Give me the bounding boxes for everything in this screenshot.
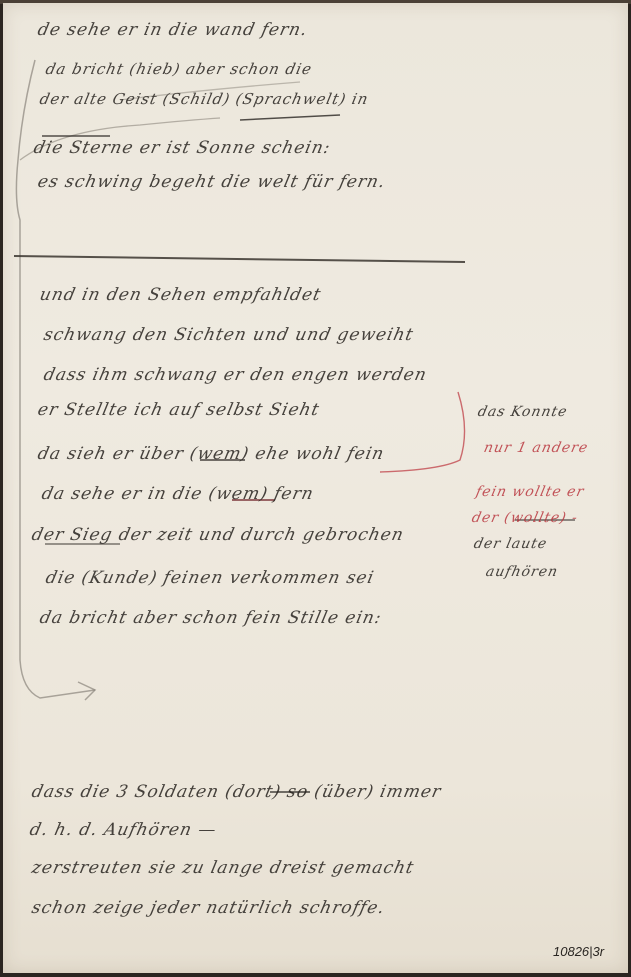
manuscript-line: dass die 3 Soldaten (dort) so (über) imm… <box>30 782 443 802</box>
manuscript-line: die (Kunde) feinen verkommen sei <box>44 568 376 588</box>
margin-note-line: fein wollte er <box>474 484 586 500</box>
catalog-number: 10826|3r <box>553 944 604 959</box>
manuscript-line: dass ihm schwang er den engen werden <box>42 365 429 385</box>
manuscript-line: de sehe er in die wand fern. <box>36 20 310 40</box>
manuscript-line: die Sterne er ist Sonne schein: <box>32 138 333 158</box>
margin-note-line: das Konnte <box>476 404 569 420</box>
manuscript-line: da sieh er über (wem) ehe wohl fein <box>36 444 386 464</box>
manuscript-line: da bricht (hieb) aber schon die <box>44 60 314 78</box>
manuscript-line: der alte Geist (Schild) (Sprachwelt) in <box>38 90 370 108</box>
manuscript-line: und in den Sehen empfahldet <box>38 285 323 305</box>
manuscript-line: da bricht aber schon fein Stille ein: <box>38 608 384 628</box>
margin-note-line: aufhören <box>484 564 559 580</box>
manuscript-line: zerstreuten sie zu lange dreist gemacht <box>30 858 416 878</box>
section-divider <box>14 256 465 262</box>
manuscript-line: er Stellte ich auf selbst Sieht <box>36 400 322 420</box>
manuscript-line: es schwing begeht die welt für fern. <box>36 172 388 192</box>
manuscript-line: schwang den Sichten und und geweiht <box>42 325 416 345</box>
manuscript-line: d. h. d. Aufhören — <box>28 820 219 840</box>
manuscript-line: der Sieg der zeit und durch gebrochen <box>30 525 406 545</box>
red-bracket <box>380 392 465 472</box>
manuscript-line: schon zeige jeder natürlich schroffe. <box>30 898 387 918</box>
margin-note-line: nur 1 andere <box>482 440 590 456</box>
margin-note-line: der laute <box>472 536 549 552</box>
margin-note-line: der (wollte) - <box>470 510 579 526</box>
manuscript-line: da sehe er in die (wem) fern <box>40 484 316 504</box>
